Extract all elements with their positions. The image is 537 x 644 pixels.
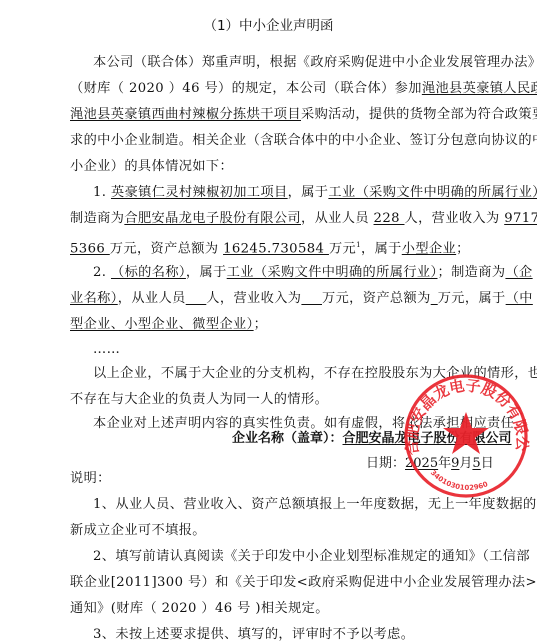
item2-manufacturer-a: （企 (505, 265, 532, 280)
svg-text:3401030102960: 3401030102960 (429, 469, 489, 492)
text: 万元 (329, 241, 356, 256)
company-name: 合肥安晶龙电子股份有限公司 (343, 431, 512, 446)
signature-line: 企业名称（盖章）：合肥安晶龙电子股份有限公司 (232, 427, 512, 446)
paragraph1-line2: （财库（ 2020 ）46 号）的规定，本公司（联合体）参加渑池县英豪镇人民政府… (70, 81, 537, 97)
text: 人，营业收入为 (405, 211, 505, 226)
item2-subject: （标的名称） (111, 265, 186, 280)
text: ，属于 (361, 241, 402, 256)
item2-manufacturer-b: 业名称） (70, 291, 118, 306)
item2-line1: 2. （标的名称），属于工业（采购文件中明确的所属行业）；制造商为（企 (93, 265, 533, 281)
text: ，属于 (186, 265, 227, 280)
text: ；制造商为 (438, 265, 506, 280)
date-year: 2025 (405, 456, 438, 471)
item1-line3: 5366 万元，资产总额为 16245.730584 万元1，属于小型企业； (70, 237, 470, 257)
date-label: 日期： (366, 456, 405, 471)
paragraph1-line5: 小企业）的具体情况如下： (70, 159, 233, 175)
item1-employees: 228 (374, 211, 405, 226)
item2-size-b: 型企业、小型企业、微型企业） (70, 317, 254, 332)
text: 制造商为 (70, 211, 124, 226)
text: 月 (459, 456, 472, 471)
item-number: 1. (93, 185, 106, 200)
item1-size: 小型企业 (402, 241, 456, 256)
text: ； (254, 317, 268, 332)
note-item: 新成立企业可不填报。 (70, 523, 206, 539)
text: ，从业人员 (301, 211, 374, 226)
project-name: 渑池县英豪镇西曲村辣椒分拣烘干项目 (70, 107, 301, 122)
item2-size-a: （中 (506, 291, 533, 306)
item1-assets: 16245.730584 (223, 241, 329, 256)
item2-line2: 业名称），从业人员 人，营业收入为 万元，资产总额为 万元，属于（中 (70, 291, 533, 307)
date-day: 5 (472, 456, 480, 471)
signature-label: 企业名称（盖章）： (232, 431, 343, 446)
item2-employees-blank (186, 291, 207, 306)
paragraph2-line2: 不存在与大企业的负责人为同一人的情形。 (70, 392, 328, 408)
item1-industry: 工业（采购文件中明确的所属行业） (328, 185, 537, 200)
text: 人，营业收入为 (206, 291, 301, 306)
note-item: 1、从业人员、营业收入、资产总额填报上一年度数据，无上一年度数据的 (93, 497, 537, 513)
text: 年 (438, 456, 451, 471)
paragraph1-line4: 求的中小企业制造。相关企业（含联合体中的中小企业、签订分包意向协议的中 (70, 133, 537, 149)
item1-revenue-b: 5366 (70, 241, 110, 256)
note-item: 3、未按上述要求提供、填写的，评审时不予以考虑。 (93, 627, 414, 643)
ellipsis: …… (93, 342, 120, 358)
item2-line3: 型企业、小型企业、微型企业）； (70, 317, 267, 333)
paragraph1-line3: 渑池县英豪镇西曲村辣椒分拣烘干项目采购活动，提供的货物全部为符合政策要 (70, 107, 537, 123)
text: 万元，资产总额为 (322, 291, 431, 306)
paragraph1-line1: 本公司（联合体）郑重声明，根据《政府采购促进中小企业发展管理办法》 (93, 55, 537, 71)
stamp-code: 3401030102960 (429, 469, 489, 492)
notes-heading: 说明： (70, 471, 111, 487)
text: （财库（ 2020 ）46 号）的规定，本公司（联合体）参加 (70, 81, 422, 96)
paragraph2-line1: 以上企业，不属于大企业的分支机构，不存在控股股东为大企业的情形，也 (93, 366, 537, 382)
date-line: 日期：2025年9月5日 (366, 452, 494, 471)
item2-industry: 工业（采购文件中明确的所属行业） (227, 265, 438, 280)
text: 日 (481, 456, 494, 471)
note-item: 2、填写前请认真阅读《关于印发中小企业划型标准规定的通知》（工信部 (93, 549, 530, 565)
item1-line2: 制造商为合肥安晶龙电子股份有限公司，从业人员 228 人，营业收入为 9717.… (70, 211, 537, 227)
item1-subject: 英豪镇仁灵村辣椒初加工项目 (111, 185, 288, 200)
item2-assets-blank (431, 291, 438, 306)
item-number: 2. (93, 265, 106, 280)
text: ，从业人员 (118, 291, 186, 306)
purchaser-name: 渑池县英豪镇人民政府 (422, 81, 537, 96)
note-item: 联企业[2011]300 号）和《关于印发<政府采购促进中小企业发展管理办法>的 (70, 575, 537, 591)
note-item: 通知》(财库（ 2020 ）46 号 )相关规定。 (70, 601, 329, 617)
text: ，属于 (288, 185, 329, 200)
item1-line1: 1. 英豪镇仁灵村辣椒初加工项目，属于工业（采购文件中明确的所属行业）； (93, 185, 537, 201)
text: 万元，资产总额为 (110, 241, 223, 256)
item1-revenue-a: 9717.93 (504, 211, 537, 226)
text: ； (456, 241, 470, 256)
document-title: （1）中小企业声明函 (0, 14, 537, 34)
item2-revenue-blank (301, 291, 322, 306)
text: 万元，属于 (438, 291, 506, 306)
item1-manufacturer: 合肥安晶龙电子股份有限公司 (124, 211, 301, 226)
text: 采购活动，提供的货物全部为符合政策要 (301, 107, 537, 122)
